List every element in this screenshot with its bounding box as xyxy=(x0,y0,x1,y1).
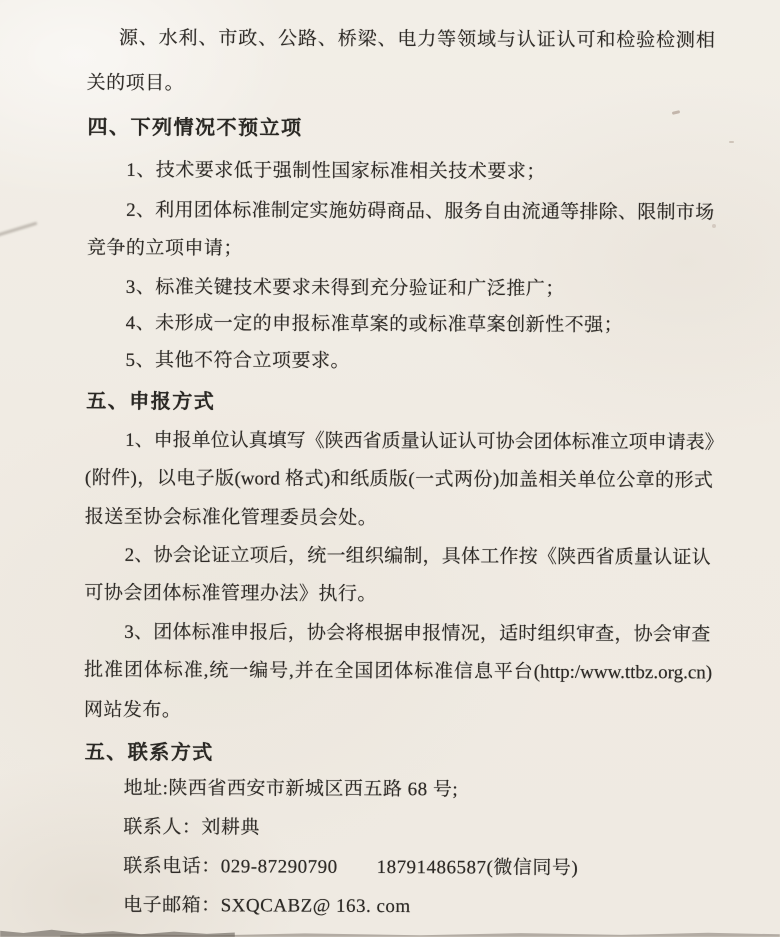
contact-email-line: 电子邮箱：SXQCABZ@ 163. com xyxy=(123,892,411,920)
paragraph-line: 可协会团体标准管理办法》执行。 xyxy=(84,580,377,608)
scan-speck xyxy=(712,224,716,228)
contact-phone-line: 联系电话：029-87290790 18791486587(微信同号) xyxy=(123,853,578,882)
paragraph-line: (附件)，以电子版(word 格式)和纸质版(一式两份)加盖相关单位公章的形式 xyxy=(85,465,713,495)
list-item-line: 2、协会论证立项后，统一组织编制，具体工作按《陕西省质量认证认 xyxy=(125,542,711,572)
section-heading-application: 五、申报方式 xyxy=(86,389,215,417)
list-item-line: 4、未形成一定的申报标准草案的或标准草案创新性不强； xyxy=(126,310,624,339)
paragraph-line: 报送至协会标准化管理委员会处。 xyxy=(85,504,378,532)
list-item-line: 1、申报单位认真填写《陕西省质量认证认可协会团体标准立项申请表》 xyxy=(125,427,717,457)
list-item-line: 3、团体标准申报后，协会将根据申报情况，适时组织审查，协会审查 xyxy=(124,619,710,649)
list-item-line: 1、技术要求低于强制性国家标准相关技术要求； xyxy=(126,157,546,186)
list-item-line: 3、标准关键技术要求未得到充分验证和广泛推广； xyxy=(126,274,565,303)
paragraph-line: 网站发布。 xyxy=(84,697,182,724)
intro-line: 源、水利、市政、公路、桥梁、电力等领域与认证认可和检验检测相 xyxy=(119,25,715,55)
list-item-continuation: 竞争的立项申请； xyxy=(87,235,243,263)
contact-address-line: 地址:陕西省西安市新城区西五路 68 号; xyxy=(124,775,459,803)
document-text-block: 源、水利、市政、公路、桥梁、电力等领域与认证认可和检验检测相 关的项目。 四、下… xyxy=(0,0,780,937)
list-item-line: 2、利用团体标准制定实施妨碍商品、服务自由流通等排除、限制市场 xyxy=(126,197,714,227)
paragraph-line-with-url: 批准团体标准,统一编号,并在全国团体标准信息平台(http:/www.ttbz.… xyxy=(84,657,712,687)
section-heading-contact: 五、联系方式 xyxy=(85,740,214,768)
scan-speck xyxy=(729,141,734,143)
list-item-line: 5、其他不符合立项要求。 xyxy=(125,347,350,375)
intro-line: 关的项目。 xyxy=(87,70,185,97)
section-heading-conditions: 四、下列情况不预立项 xyxy=(87,115,302,143)
scanned-document-page: 源、水利、市政、公路、桥梁、电力等领域与认证认可和检验检测相 关的项目。 四、下… xyxy=(0,0,780,937)
contact-person-line: 联系人：刘耕典 xyxy=(123,814,260,842)
